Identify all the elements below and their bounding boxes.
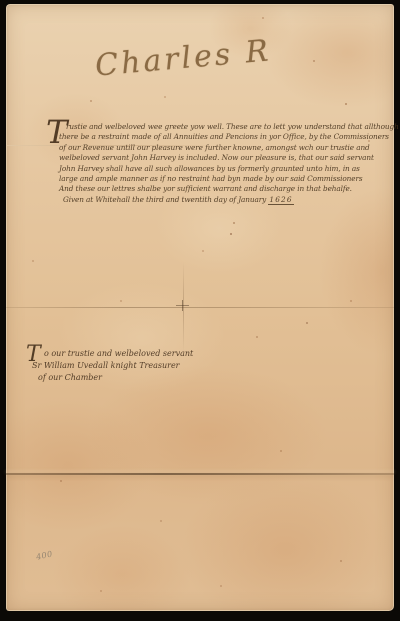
dateline-text: Given at Whitehall the third and twentit… [63, 195, 266, 204]
body-line: of our Revenue untill our pleasure were … [48, 143, 382, 153]
body-line: rustie and welbeloved wee greete yow wel… [48, 122, 382, 132]
body-dateline: Given at Whitehall the third and twentit… [48, 195, 382, 205]
photo-background: Charles R T rustie and welbeloved wee gr… [0, 0, 400, 621]
body-line: And these our lettres shalbe yor suffici… [48, 184, 382, 194]
letter-body: T rustie and welbeloved wee greete yow w… [48, 122, 382, 205]
dateline-year: 1626 [268, 195, 293, 205]
body-line: John Harvey shall have all such allowanc… [48, 164, 382, 174]
address-line: o our trustie and welbeloved servant [28, 348, 193, 360]
address-line: Sr William Uvedall knight Treasurer [28, 360, 193, 372]
address-line: of our Chamber [28, 372, 193, 384]
drop-cap-initial: T [46, 116, 67, 148]
center-fold-mark [176, 300, 189, 311]
foxing-specks [6, 4, 8, 6]
fold-crease-upper [6, 307, 394, 308]
body-line: large and ample manner as if no restrain… [48, 174, 382, 184]
document-paper: Charles R T rustie and welbeloved wee gr… [6, 4, 394, 611]
address-block: T o our trustie and welbeloved servant S… [28, 348, 193, 384]
body-line: there be a restraint made of all Annuiti… [48, 132, 382, 142]
body-line: welbeloved servant John Harvey is includ… [48, 153, 382, 163]
pencil-annotation: 400 [35, 549, 53, 561]
royal-signature: Charles R [94, 34, 273, 83]
fold-crease-lower [6, 473, 394, 475]
address-drop-cap-initial: T [26, 344, 41, 366]
